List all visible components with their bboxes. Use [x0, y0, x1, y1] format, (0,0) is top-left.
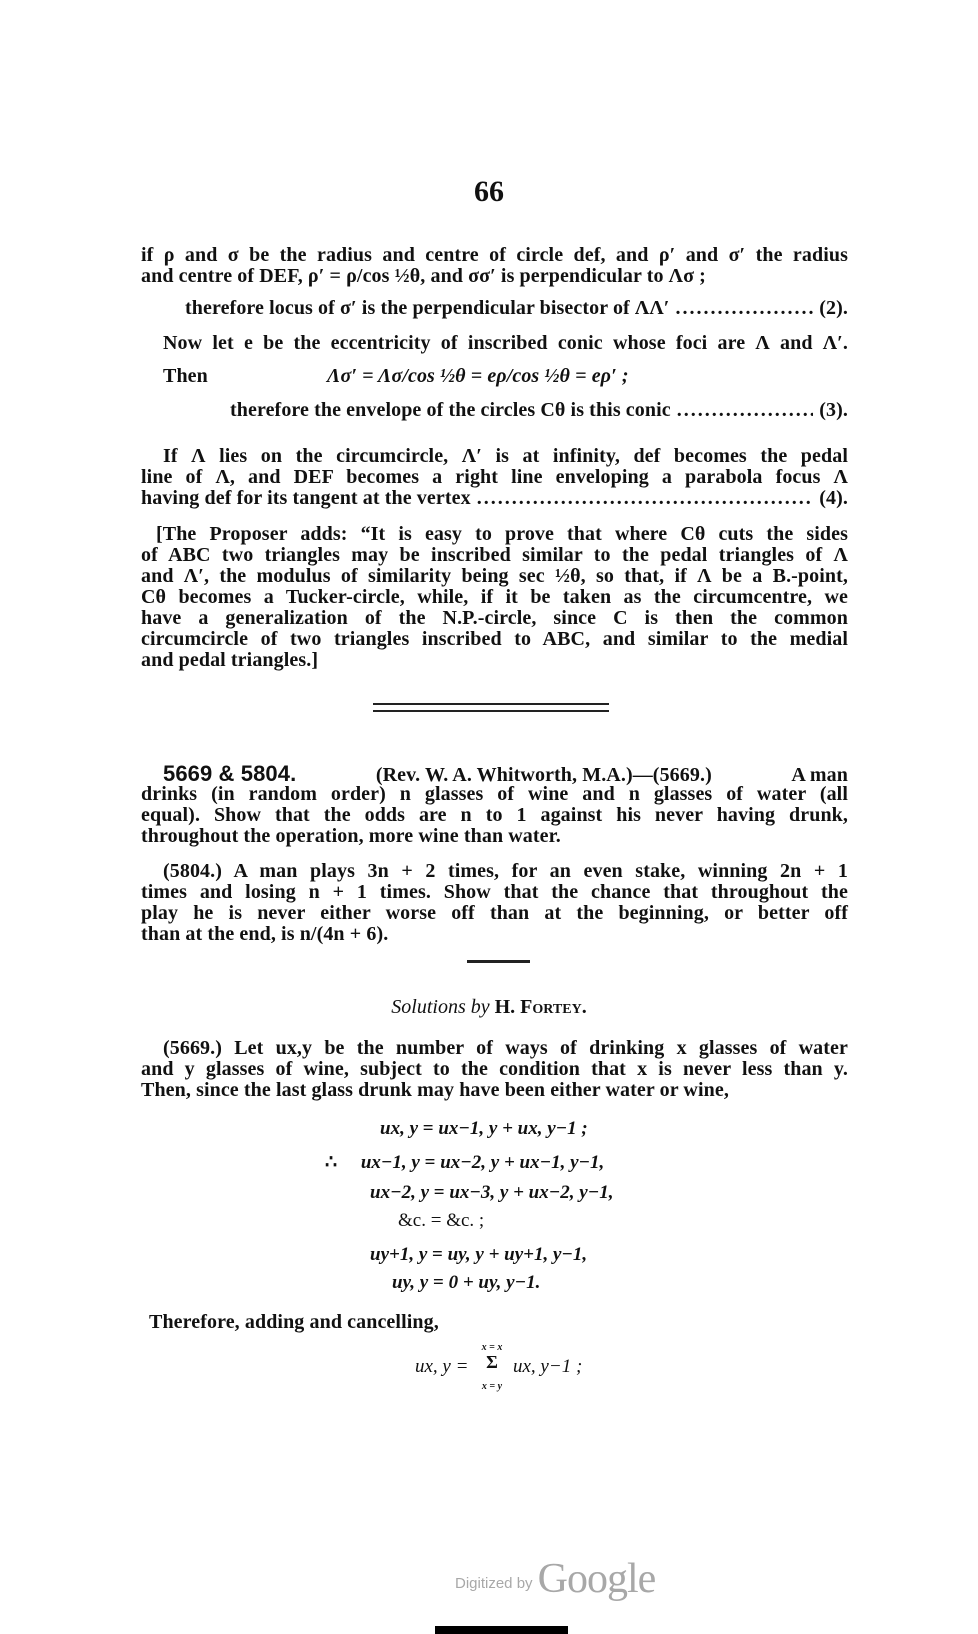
problem-line: play he is never either worse off than a… — [141, 903, 848, 924]
proposer-line: and Λ′, the modulus of similarity being … — [141, 566, 848, 587]
problem-line: drinks (in random order) n glasses of wi… — [141, 784, 848, 805]
digitized-by-label: Digitized by — [455, 1575, 533, 1592]
problem-line: equal). Show that the odds are n to 1 ag… — [141, 805, 848, 826]
sum-rhs: ux, y−1 ; — [513, 1356, 582, 1378]
equation-rhs: ux−3, y + ux−2, y−1, — [449, 1182, 613, 1203]
google-logo: Google — [538, 1556, 656, 1602]
equation-rhs: uy, y + uy+1, y−1, — [448, 1244, 588, 1265]
solution-line: Then, since the last glass drunk may hav… — [141, 1080, 848, 1101]
heading-italic: Solutions by — [391, 996, 489, 1018]
then-label: Then — [163, 366, 208, 387]
heading-author: H. Fortey. — [495, 996, 587, 1018]
equation-row: ∴ ux−1, y = ux−2, y + ux−1, y−1, — [325, 1151, 604, 1174]
equation: Λσ′ = Λσ/cos ½θ = eρ/cos ½θ = eρ′ ; — [327, 366, 629, 387]
dot-leader: ........................................… — [677, 400, 814, 421]
proposer-line: Cθ becomes a Tucker-circle, while, if it… — [141, 587, 848, 608]
proposer-line: and pedal triangles.] — [141, 650, 848, 671]
equation-rhs: &c. ; — [446, 1210, 484, 1231]
solution-line: Therefore, adding and cancelling, — [149, 1312, 856, 1333]
problem-line: times and losing n + 1 times. Show that … — [141, 882, 848, 903]
problem-line: (5804.) A man plays 3n + 2 times, for an… — [163, 861, 848, 882]
numbered-statement: having def for its tangent at the vertex… — [141, 488, 848, 509]
dot-leader: ........................................… — [477, 488, 814, 509]
short-divider — [467, 960, 530, 963]
statement-text: therefore locus of σ′ is the perpendicul… — [185, 298, 670, 319]
solution-heading: Solutions by H. Fortey. — [0, 996, 978, 1019]
equation-row: ux, y = ux−1, y + ux, y−1 ; — [380, 1118, 588, 1140]
statement-text: having def for its tangent at the vertex — [141, 488, 471, 509]
text-line: If Λ lies on the circumcircle, Λ′ is at … — [163, 446, 848, 467]
equation-row: uy, y = 0 + uy, y−1. — [392, 1272, 540, 1294]
equation-rhs: ux−1, y + ux, y−1 ; — [438, 1118, 587, 1139]
equation-row: &c. = &c. ; — [398, 1210, 484, 1232]
sum-lower-limit: x = y — [477, 1381, 507, 1392]
equation-ref: (2). — [819, 298, 848, 319]
equation-rhs: 0 + uy, y−1. — [449, 1272, 541, 1293]
proposer-line: have a generalization of the N.P.-circle… — [141, 608, 848, 629]
text-line: if ρ and σ be the radius and centre of c… — [141, 245, 848, 266]
solution-line: (5669.) Let ux,y be the number of ways o… — [163, 1038, 848, 1059]
equation-ref: (3). — [819, 400, 848, 421]
equation-lhs: ux, y — [380, 1118, 418, 1139]
equation-lhs: ux−2, y — [370, 1182, 429, 1203]
equation-ref: (4). — [819, 488, 848, 509]
page-number: 66 — [0, 175, 978, 209]
scan-edge-bar — [435, 1626, 568, 1634]
equation-row: uy+1, y = uy, y + uy+1, y−1, — [370, 1244, 587, 1266]
statement-text: therefore the envelope of the circles Cθ… — [230, 400, 671, 421]
sum-lhs: ux, y = — [415, 1356, 468, 1378]
equation-rhs: ux−2, y + ux−1, y−1, — [440, 1152, 604, 1173]
text-line: and centre of DEF, ρ′ = ρ/cos ½θ, and σσ… — [141, 266, 848, 287]
equation-lhs: ux−1, y — [361, 1152, 420, 1173]
equation-row: ux−2, y = ux−3, y + ux−2, y−1, — [370, 1182, 613, 1204]
therefore-symbol: ∴ — [325, 1152, 337, 1173]
problem-number: 5669 & 5804. — [163, 763, 296, 784]
text-line: line of Λ, and DEF becomes a right line … — [141, 467, 848, 488]
solution-line: and y glasses of wine, subject to the co… — [141, 1059, 848, 1080]
proposer-line: circumcircle of two triangles inscribed … — [141, 629, 848, 650]
problem-line: throughout the operation, more wine than… — [141, 826, 848, 847]
proposer-line: of ABC two triangles may be inscribed si… — [141, 545, 848, 566]
equation-lhs: uy+1, y — [370, 1244, 427, 1265]
problem-line: than at the end, is n/(4n + 6). — [141, 924, 848, 945]
numbered-statement: therefore the envelope of the circles Cθ… — [230, 400, 848, 421]
equation-lhs: &c. — [398, 1210, 426, 1231]
text-line: Now let e be the eccentricity of inscrib… — [163, 333, 848, 354]
numbered-statement: therefore locus of σ′ is the perpendicul… — [185, 298, 848, 319]
digitized-watermark: Digitized by Google — [455, 1555, 655, 1603]
dot-leader: ........................................… — [676, 298, 814, 319]
section-divider — [373, 703, 609, 712]
sigma-symbol: Σ — [477, 1352, 507, 1373]
equation-lhs: uy, y — [392, 1272, 428, 1293]
proposer-line: [The Proposer adds: “It is easy to prove… — [156, 524, 848, 545]
